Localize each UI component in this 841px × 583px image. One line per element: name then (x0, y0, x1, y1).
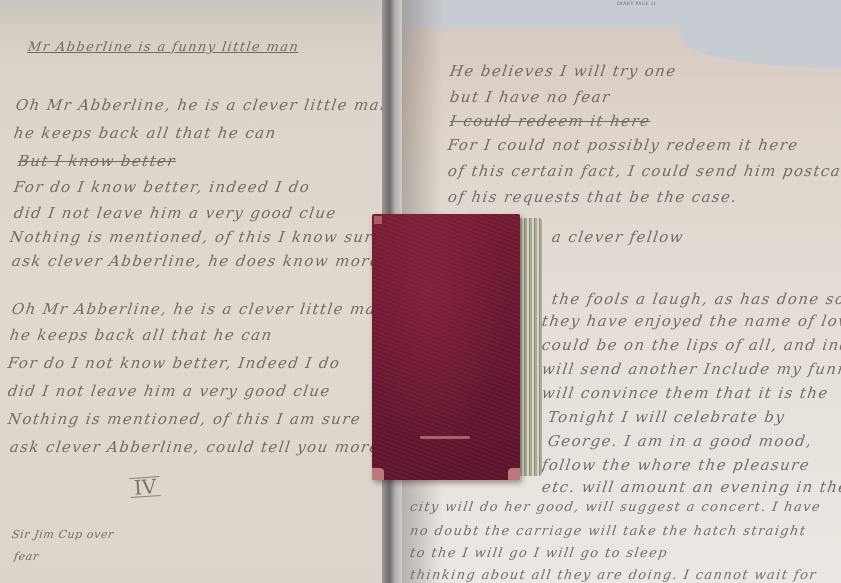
right-line: the fools a laugh, as has done so (551, 290, 841, 308)
right-line: of this certain fact, I could send him p… (447, 162, 841, 180)
left-line: Oh Mr Abberline, he is a clever little m… (11, 300, 389, 318)
worn-corner (374, 216, 382, 224)
diary-photo-scene: Mr Abberline is a funny little man Oh Mr… (0, 0, 841, 583)
right-line: they have enjoyed the name of love (541, 312, 841, 330)
left-line: ask clever Abberline, he does know more (11, 252, 382, 270)
right-line: of his requests that be the case. (447, 188, 739, 206)
right-line: will send another Include my funny (541, 360, 841, 378)
right-line: For I could not possibly redeem it here (447, 136, 800, 154)
right-line: no doubt the carriage will take the hatc… (409, 524, 807, 539)
right-line: city will do her good, will suggest a co… (409, 500, 822, 515)
left-line: For do I know better, indeed I do (13, 178, 312, 196)
right-line: He believes I will try one (449, 62, 678, 80)
left-page-heading: Mr Abberline is a funny little man (27, 40, 300, 55)
left-line: Nothing is mentioned, of this I know sur… (9, 228, 385, 246)
cover-scuff (420, 436, 470, 439)
book-cover (372, 214, 520, 480)
right-line: thinking about all they are doing. I can… (409, 568, 818, 583)
left-footer-line: Sir Jim Cup over (11, 528, 115, 541)
left-diary-page: Mr Abberline is a funny little man Oh Mr… (0, 0, 388, 583)
left-line: he keeps back all that he can (9, 326, 274, 344)
right-line: but I have no fear (449, 88, 612, 106)
left-line: did I not leave him a very good clue (13, 204, 338, 222)
section-numeral: IV (129, 476, 161, 498)
left-footer-line: fear (13, 550, 40, 563)
left-line: Nothing is mentioned, of this I am sure (7, 410, 363, 428)
right-line: will convince them that it is the (541, 384, 830, 402)
right-line: to the I will go I will go to sleep (409, 546, 669, 561)
worn-corner (372, 468, 384, 480)
left-line: he keeps back all that he can (13, 124, 278, 142)
right-line: etc. will amount an evening in the (541, 478, 841, 496)
running-head: DIARY PAGE 11 (617, 2, 656, 7)
right-line: George. I am in a good mood, (547, 432, 814, 450)
left-line: For do I not know better, Indeed I do (7, 354, 342, 372)
left-line: ask clever Abberline, could tell you mor… (9, 438, 381, 456)
left-line: Oh Mr Abberline, he is a clever little m… (15, 96, 393, 114)
right-line: Tonight I will celebrate by (547, 408, 787, 426)
left-line: did I not leave him a very good clue (7, 382, 332, 400)
right-line: follow the whore the pleasure (541, 456, 812, 474)
right-line: could be on the lips of all, and indeed (541, 336, 841, 354)
left-line-struck: But I know better (17, 152, 177, 170)
right-line: a clever fellow (551, 228, 686, 246)
book-page-edges (520, 218, 542, 476)
right-line-struck: I could redeem it here (449, 112, 652, 130)
worn-corner (508, 468, 520, 480)
small-red-book (372, 212, 522, 480)
